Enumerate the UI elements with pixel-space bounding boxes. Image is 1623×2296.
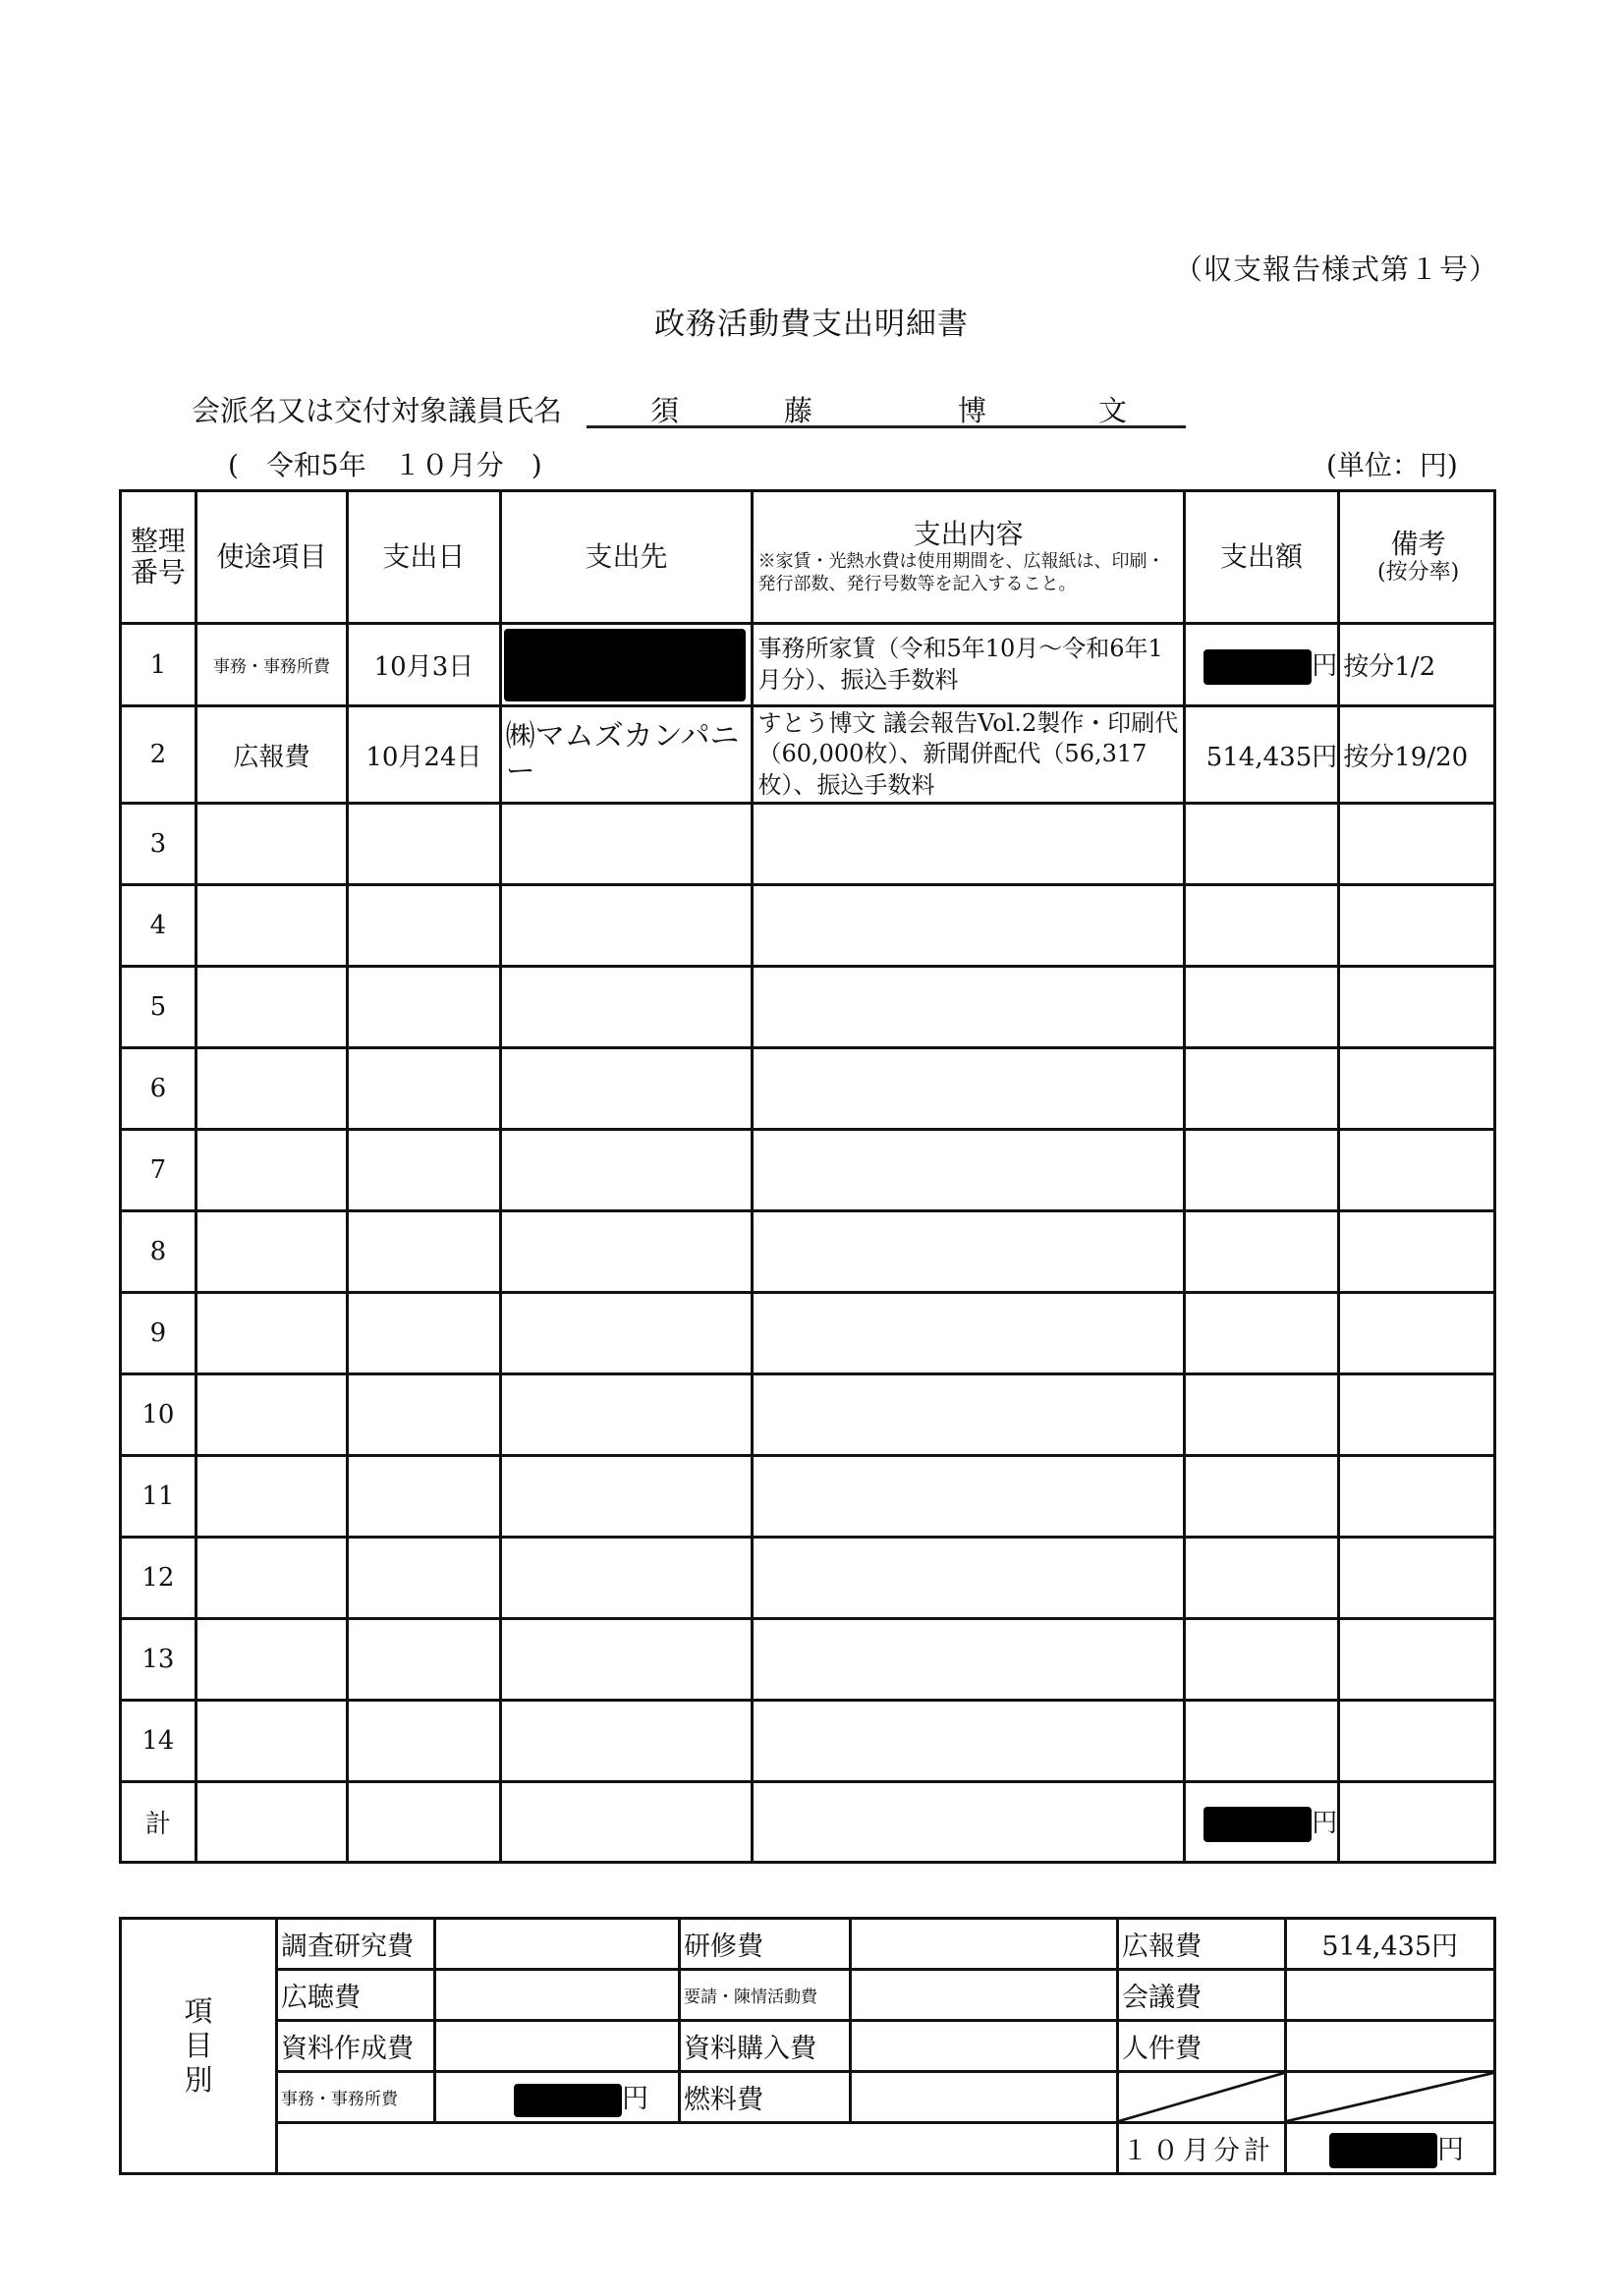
empty-cell <box>1184 885 1338 967</box>
empty-cell <box>1339 1782 1495 1863</box>
row-description: すとう博文 議会報告Vol.2製作・印刷代（60,000枚）、新聞併配代（56,… <box>753 706 1184 804</box>
table-row: 12 <box>121 1538 1495 1619</box>
month-total-value: 円 <box>1286 2123 1495 2174</box>
row-description: 事務所家賃（令和5年10月～令和6年1月分）、振込手数料 <box>753 624 1184 706</box>
empty-cell <box>500 1130 753 1211</box>
header-description: 支出内容 ※家賃・光熱水費は使用期間を、広報紙は、印刷・発行部数、発行号数等を記… <box>753 491 1184 624</box>
row-note: 按分1/2 <box>1339 624 1495 706</box>
summary-value: 円 <box>435 2072 680 2123</box>
summary-label: 燃料費 <box>680 2072 851 2123</box>
table-row: 6 <box>121 1048 1495 1130</box>
empty-cell <box>348 1782 500 1863</box>
empty-cell <box>196 1048 347 1130</box>
summary-label: 人件費 <box>1118 2021 1286 2072</box>
row-number: 14 <box>121 1701 196 1782</box>
empty-cell <box>1184 967 1338 1048</box>
table-header-row: 整理 番号 使途項目 支出日 支出先 支出内容 ※家賃・光熱水費は使用期間を、広… <box>121 491 1495 624</box>
empty-cell <box>1184 1456 1338 1538</box>
summary-value: 514,435円 <box>1286 1919 1495 1970</box>
row-amount: 514,435円 <box>1184 706 1338 804</box>
summary-label: 会議費 <box>1118 1970 1286 2021</box>
expenditure-table: 整理 番号 使途項目 支出日 支出先 支出内容 ※家賃・光熱水費は使用期間を、広… <box>119 489 1496 1864</box>
empty-cell <box>348 1701 500 1782</box>
redaction-block <box>514 2084 622 2117</box>
empty-cell <box>1339 967 1495 1048</box>
empty-cell <box>500 1619 753 1701</box>
empty-cell <box>348 1211 500 1293</box>
header-number: 整理 番号 <box>121 491 196 624</box>
row-number: 9 <box>121 1293 196 1374</box>
empty-cell <box>1339 1456 1495 1538</box>
empty-cell <box>196 1701 347 1782</box>
empty-cell <box>753 1048 1184 1130</box>
empty-cell <box>1184 1211 1338 1293</box>
empty-cell <box>1184 1293 1338 1374</box>
summary-value <box>435 1970 680 2021</box>
summary-value <box>851 2021 1118 2072</box>
header-amount: 支出額 <box>1184 491 1338 624</box>
empty-cell <box>753 1701 1184 1782</box>
header-description-title: 支出内容 <box>754 519 1182 550</box>
summary-label: 資料作成費 <box>277 2021 435 2072</box>
table-row: 11 <box>121 1456 1495 1538</box>
month-total-unit: 円 <box>1437 2135 1464 2165</box>
member-name-char: 文 <box>1098 389 1127 429</box>
header-number-line2: 番号 <box>122 557 195 588</box>
redaction-block <box>1203 649 1312 685</box>
summary-label: 広聴費 <box>277 1970 435 2021</box>
empty-cell <box>196 1456 347 1538</box>
empty-cell <box>500 1211 753 1293</box>
header-note: 備考 (按分率) <box>1339 491 1495 624</box>
member-name-char: 須 <box>650 389 679 429</box>
summary-label: 要請・陳情活動費 <box>680 1970 851 2021</box>
row-number: 4 <box>121 885 196 967</box>
summary-side-char: 別 <box>125 2063 272 2098</box>
empty-cell <box>500 967 753 1048</box>
table-row: 14 <box>121 1701 1495 1782</box>
row-number: 8 <box>121 1211 196 1293</box>
empty-cell <box>1184 1701 1338 1782</box>
empty-cell <box>753 1456 1184 1538</box>
row-use: 事務・事務所費 <box>196 624 347 706</box>
summary-side-label: 項 目 別 <box>121 1919 277 2174</box>
empty-cell <box>1339 1538 1495 1619</box>
empty-cell <box>1184 1048 1338 1130</box>
empty-cell <box>753 1782 1184 1863</box>
empty-cell <box>196 1619 347 1701</box>
empty-cell <box>348 1048 500 1130</box>
empty-cell <box>500 1701 753 1782</box>
row-number: 11 <box>121 1456 196 1538</box>
summary-value <box>1286 1970 1495 2021</box>
table-row: 4 <box>121 885 1495 967</box>
summary-value-unit: 円 <box>622 2084 648 2114</box>
total-amount: 円 <box>1184 1782 1338 1863</box>
empty-cell <box>196 1130 347 1211</box>
summary-value <box>1286 2021 1495 2072</box>
empty-cell <box>1339 885 1495 967</box>
table-row: 1 事務・事務所費 10月3日 事務所家賃（令和5年10月～令和6年1月分）、振… <box>121 624 1495 706</box>
summary-value <box>851 1919 1118 1970</box>
empty-cell <box>1339 1374 1495 1456</box>
table-row: 2 広報費 10月24日 ㈱マムズカンパニー すとう博文 議会報告Vol.2製作… <box>121 706 1495 804</box>
row-amount-value: 514,435 <box>1206 743 1313 772</box>
summary-label: 広報費 <box>1118 1919 1286 1970</box>
document-title: 政務活動費支出明細書 <box>0 299 1623 343</box>
summary-label: 調査研究費 <box>277 1919 435 1970</box>
row-number: 2 <box>121 706 196 804</box>
redaction-block <box>1203 1807 1312 1842</box>
empty-cell <box>1184 1130 1338 1211</box>
empty-cell <box>1184 1374 1338 1456</box>
empty-cell <box>348 885 500 967</box>
row-number: 10 <box>121 1374 196 1456</box>
summary-side-char: 目 <box>125 2029 272 2063</box>
empty-cell <box>196 967 347 1048</box>
header-note-title: 備考 <box>1343 529 1493 560</box>
empty-cell <box>500 1456 753 1538</box>
empty-cell <box>753 1293 1184 1374</box>
row-amount-unit: 円 <box>1312 651 1337 681</box>
summary-value <box>851 2072 1118 2123</box>
empty-cell <box>753 967 1184 1048</box>
redaction-block <box>504 629 746 701</box>
empty-cell <box>348 1130 500 1211</box>
table-row: 5 <box>121 967 1495 1048</box>
empty-cell <box>500 1538 753 1619</box>
empty-cell <box>1339 1701 1495 1782</box>
empty-cell <box>1184 1619 1338 1701</box>
header-note-sub: (按分率) <box>1343 560 1493 585</box>
empty-cell <box>1339 1211 1495 1293</box>
reporting-period: ( 令和5年 １０月分 ) <box>228 444 542 483</box>
row-number: 6 <box>121 1048 196 1130</box>
row-number: 13 <box>121 1619 196 1701</box>
row-number: 1 <box>121 624 196 706</box>
total-label: 計 <box>121 1782 196 1863</box>
summary-label: 事務・事務所費 <box>277 2072 435 2123</box>
row-payee: ㈱マムズカンパニー <box>500 706 753 804</box>
empty-cell <box>753 885 1184 967</box>
empty-cell <box>196 1782 347 1863</box>
header-number-line1: 整理 <box>122 526 195 557</box>
category-summary-table: 項 目 別 調査研究費 研修費 広報費 514,435円 広聴費 要請・陳情活動… <box>119 1917 1496 2175</box>
empty-cell <box>1339 1048 1495 1130</box>
empty-cell <box>196 885 347 967</box>
empty-cell <box>196 804 347 885</box>
struck-cell <box>1286 2072 1495 2123</box>
month-total-label: １０月分計 <box>1118 2123 1286 2174</box>
row-number: 7 <box>121 1130 196 1211</box>
row-number: 12 <box>121 1538 196 1619</box>
header-use: 使途項目 <box>196 491 347 624</box>
empty-cell <box>1339 1293 1495 1374</box>
summary-side-char: 項 <box>125 1994 272 2029</box>
header-date: 支出日 <box>348 491 500 624</box>
empty-cell <box>753 1130 1184 1211</box>
empty-cell <box>500 1048 753 1130</box>
total-amount-unit: 円 <box>1312 1809 1337 1838</box>
empty-cell <box>500 1782 753 1863</box>
row-note: 按分19/20 <box>1339 706 1495 804</box>
empty-cell <box>196 1293 347 1374</box>
member-name-label: 会派名又は交付対象議員氏名 <box>192 389 562 429</box>
row-number: 5 <box>121 967 196 1048</box>
empty-cell <box>277 2123 1118 2174</box>
row-amount: 円 <box>1184 624 1338 706</box>
empty-cell <box>196 1374 347 1456</box>
table-row: 13 <box>121 1619 1495 1701</box>
struck-cell <box>1118 2072 1286 2123</box>
empty-cell <box>753 1619 1184 1701</box>
summary-value <box>435 2021 680 2072</box>
empty-cell <box>753 804 1184 885</box>
row-payee <box>500 624 753 706</box>
row-use: 広報費 <box>196 706 347 804</box>
empty-cell <box>500 1293 753 1374</box>
summary-label: 研修費 <box>680 1919 851 1970</box>
empty-cell <box>753 1374 1184 1456</box>
member-name-char: 博 <box>958 389 986 429</box>
empty-cell <box>348 804 500 885</box>
member-name-char: 藤 <box>784 389 812 429</box>
row-number: 3 <box>121 804 196 885</box>
empty-cell <box>348 1374 500 1456</box>
header-description-note: ※家賃・光熱水費は使用期間を、広報紙は、印刷・発行部数、発行号数等を記入すること… <box>754 550 1182 596</box>
table-row: 8 <box>121 1211 1495 1293</box>
empty-cell <box>1339 1619 1495 1701</box>
empty-cell <box>1184 804 1338 885</box>
row-amount-unit: 円 <box>1312 743 1337 772</box>
empty-cell <box>348 1293 500 1374</box>
table-row: 3 <box>121 804 1495 885</box>
table-row: 7 <box>121 1130 1495 1211</box>
redaction-block <box>1329 2133 1437 2168</box>
row-date: 10月24日 <box>348 706 500 804</box>
empty-cell <box>348 1456 500 1538</box>
table-total-row: 計 円 <box>121 1782 1495 1863</box>
empty-cell <box>348 1538 500 1619</box>
summary-value <box>435 1919 680 1970</box>
empty-cell <box>348 1619 500 1701</box>
empty-cell <box>753 1538 1184 1619</box>
header-payee: 支出先 <box>500 491 753 624</box>
empty-cell <box>196 1538 347 1619</box>
form-number: （収支報告様式第１号） <box>1174 248 1498 288</box>
empty-cell <box>196 1211 347 1293</box>
table-row: 10 <box>121 1374 1495 1456</box>
empty-cell <box>500 885 753 967</box>
table-row: 9 <box>121 1293 1495 1374</box>
summary-value <box>851 1970 1118 2021</box>
empty-cell <box>1184 1538 1338 1619</box>
empty-cell <box>1339 804 1495 885</box>
empty-cell <box>753 1211 1184 1293</box>
currency-unit: (単位：円) <box>1326 444 1458 483</box>
empty-cell <box>500 1374 753 1456</box>
empty-cell <box>500 804 753 885</box>
empty-cell <box>348 967 500 1048</box>
summary-label: 資料購入費 <box>680 2021 851 2072</box>
empty-cell <box>1339 1130 1495 1211</box>
row-date: 10月3日 <box>348 624 500 706</box>
